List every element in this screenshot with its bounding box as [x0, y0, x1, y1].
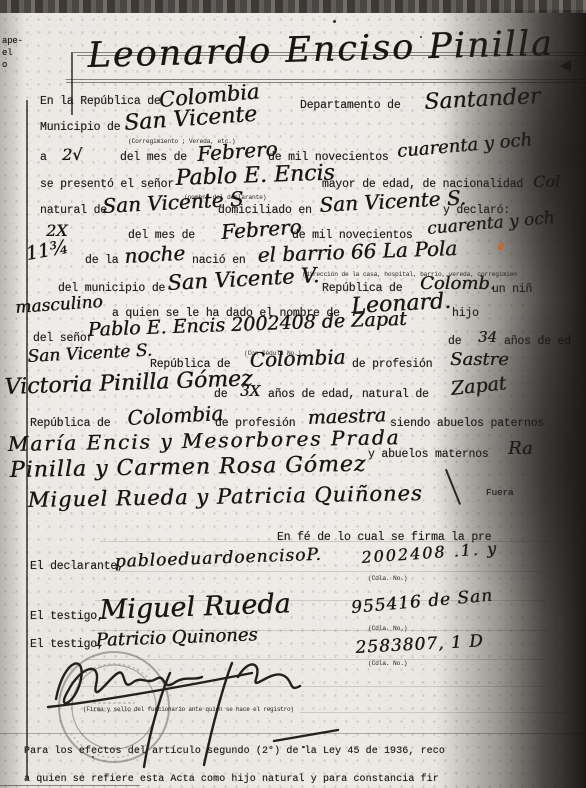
hora-value: 11¾: [24, 236, 70, 265]
testigo1-cedula-number: 955416 de San: [350, 586, 494, 618]
padre-republica-value: Colombia: [249, 345, 346, 372]
republica-label: En la República de: [40, 95, 161, 108]
title-rule: [66, 79, 586, 80]
margin-fragment: o: [2, 60, 7, 70]
hijo-fragment: hijo: [452, 307, 479, 320]
madre-origen-value: Zapat: [450, 372, 508, 400]
margin-fragment: ape-: [2, 36, 23, 46]
mes-value: Febrero: [196, 136, 278, 166]
cedula-hint: (Cdla. No.): [368, 575, 407, 582]
stray-pen-stroke: [445, 469, 461, 505]
cedula-hint: (Cdla. No.): [368, 625, 407, 632]
momento-value: noche: [124, 241, 186, 268]
padre-edad-label: años de ed: [504, 335, 571, 348]
lugar-value: el barrio 66 La Pola: [257, 236, 457, 267]
madre-republica-value: Colombia: [127, 401, 224, 430]
departamento-value: Santander: [424, 84, 541, 115]
declarante-signature: pabloeduardoencisoP.: [114, 545, 322, 572]
presentacion-label: se presentó el señor: [40, 178, 174, 191]
declarante-value: Pablo E. Encis: [175, 160, 335, 191]
natural-label: natural de: [40, 204, 107, 217]
dia-value: 2√: [62, 145, 82, 164]
testigo2-cedula-number: 2583807, 1 D: [355, 631, 484, 658]
cedula-hint: (Cdla. No.): [368, 660, 407, 667]
inscribed-name-script: Leonardo Enciso Pinilla: [87, 24, 554, 76]
abuelos-paternos-label: siendo abuelos paternos: [390, 417, 544, 430]
padre-edad-value: 34: [478, 328, 497, 346]
nacimiento-mes-label: del mes de: [128, 229, 195, 242]
sexo-value: masculino: [15, 292, 104, 318]
madre-republica-label: República de: [30, 417, 110, 430]
nino-fragment: un niñ: [492, 283, 532, 296]
official-signature: [40, 633, 370, 783]
dia-prefix: a: [40, 151, 47, 164]
municipio-label: Municipio de: [40, 121, 120, 134]
nacimiento-mes-value: Febrero: [220, 214, 302, 244]
scanner-dark-band: [0, 0, 586, 13]
margin-arrow-mark: [560, 60, 571, 72]
title-rule: [66, 82, 586, 83]
hora-label: de la: [85, 254, 119, 267]
ink-stain: [496, 241, 506, 252]
padre-de-label: de: [448, 335, 461, 348]
nacionalidad-value: Col: [533, 172, 560, 191]
testigo1-signature: Miguel Rueda: [99, 588, 291, 626]
padre-profesion-value: Sastre: [450, 349, 509, 370]
testigos-nombres-value: Miguel Rueda y Patricia Quiñones: [28, 481, 423, 512]
declarante-label: El declarante,: [30, 560, 124, 573]
mes-label: del mes de: [120, 151, 187, 164]
fueron-fragment: Fuera: [486, 487, 514, 498]
testigo1-label: El testigo,: [30, 610, 104, 623]
nacio-label: nació en: [192, 254, 246, 267]
nacimiento-municipio-value: San Vicente V.: [167, 263, 320, 295]
madre-edad-label: años de edad, natural de: [268, 388, 429, 401]
padre-profesion-label: de profesión: [352, 358, 432, 371]
anio-value: cuarenta y och: [396, 129, 533, 162]
margin-fragment: el: [2, 48, 12, 58]
abuelos-maternos-value: Ra: [508, 438, 533, 459]
departamento-label: Departamento de: [300, 99, 401, 112]
scanned-birth-record: ape- el o Leonardo Enciso Pinilla En la …: [0, 0, 586, 788]
madre-edad-value: 3X: [240, 382, 260, 400]
abuelos-maternos-value2: Pinilla y Carmen Rosa Gómez: [10, 452, 367, 483]
abuelos-maternos-label: y abuelos maternos: [368, 448, 489, 461]
